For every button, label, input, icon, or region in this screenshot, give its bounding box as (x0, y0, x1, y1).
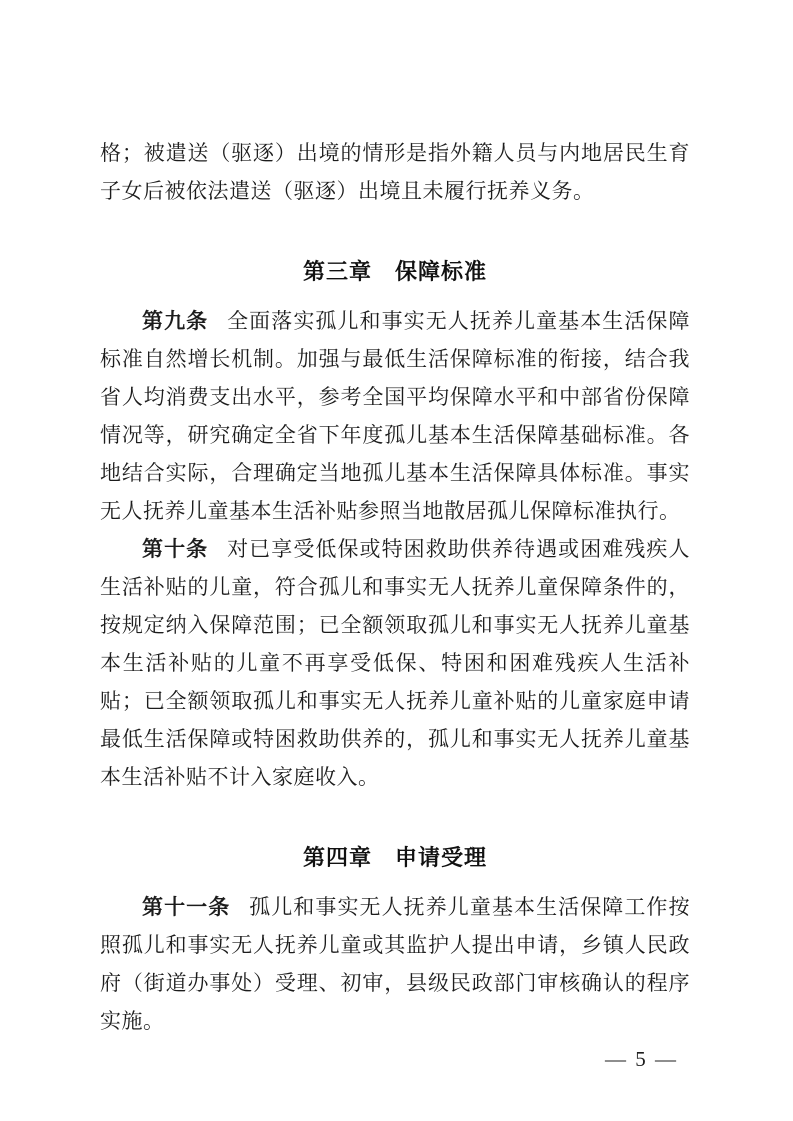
article-10-text: 对已享受低保或特困救助供养待遇或困难残疾人生活补贴的儿童，符合孤儿和事实无人抚养… (100, 537, 690, 789)
article-10-lead: 第十条 (142, 537, 208, 561)
article-10-paragraph: 第十条对已享受低保或特困救助供养待遇或困难残疾人生活补贴的儿童，符合孤儿和事实无… (100, 530, 690, 796)
article-9-paragraph: 第九条全面落实孤儿和事实无人抚养儿童基本生活保障标准自然增长机制。加强与最低生活… (100, 302, 690, 530)
article-9-text: 全面落实孤儿和事实无人抚养儿童基本生活保障标准自然增长机制。加强与最低生活保障标… (100, 309, 690, 523)
document-content: 格；被遣送（驱逐）出境的情形是指外籍人员与内地居民生育子女后被依法遣送（驱逐）出… (0, 0, 793, 1078)
chapter-heading-3: 第三章 保障标准 (100, 257, 690, 287)
article-11-paragraph: 第十一条孤儿和事实无人抚养儿童基本生活保障工作按照孤儿和事实无人抚养儿童或其监护… (100, 888, 690, 1040)
paragraph-continuation: 格；被遣送（驱逐）出境的情形是指外籍人员与内地居民生育子女后被依法遣送（驱逐）出… (100, 134, 690, 210)
document-page: 格；被遣送（驱逐）出境的情形是指外籍人员与内地居民生育子女后被依法遣送（驱逐）出… (0, 0, 793, 1121)
chapter-heading-4: 第四章 申请受理 (100, 843, 690, 873)
article-9-lead: 第九条 (142, 309, 208, 333)
page-number: — 5 — (100, 1040, 690, 1078)
article-11-lead: 第十一条 (142, 895, 230, 919)
